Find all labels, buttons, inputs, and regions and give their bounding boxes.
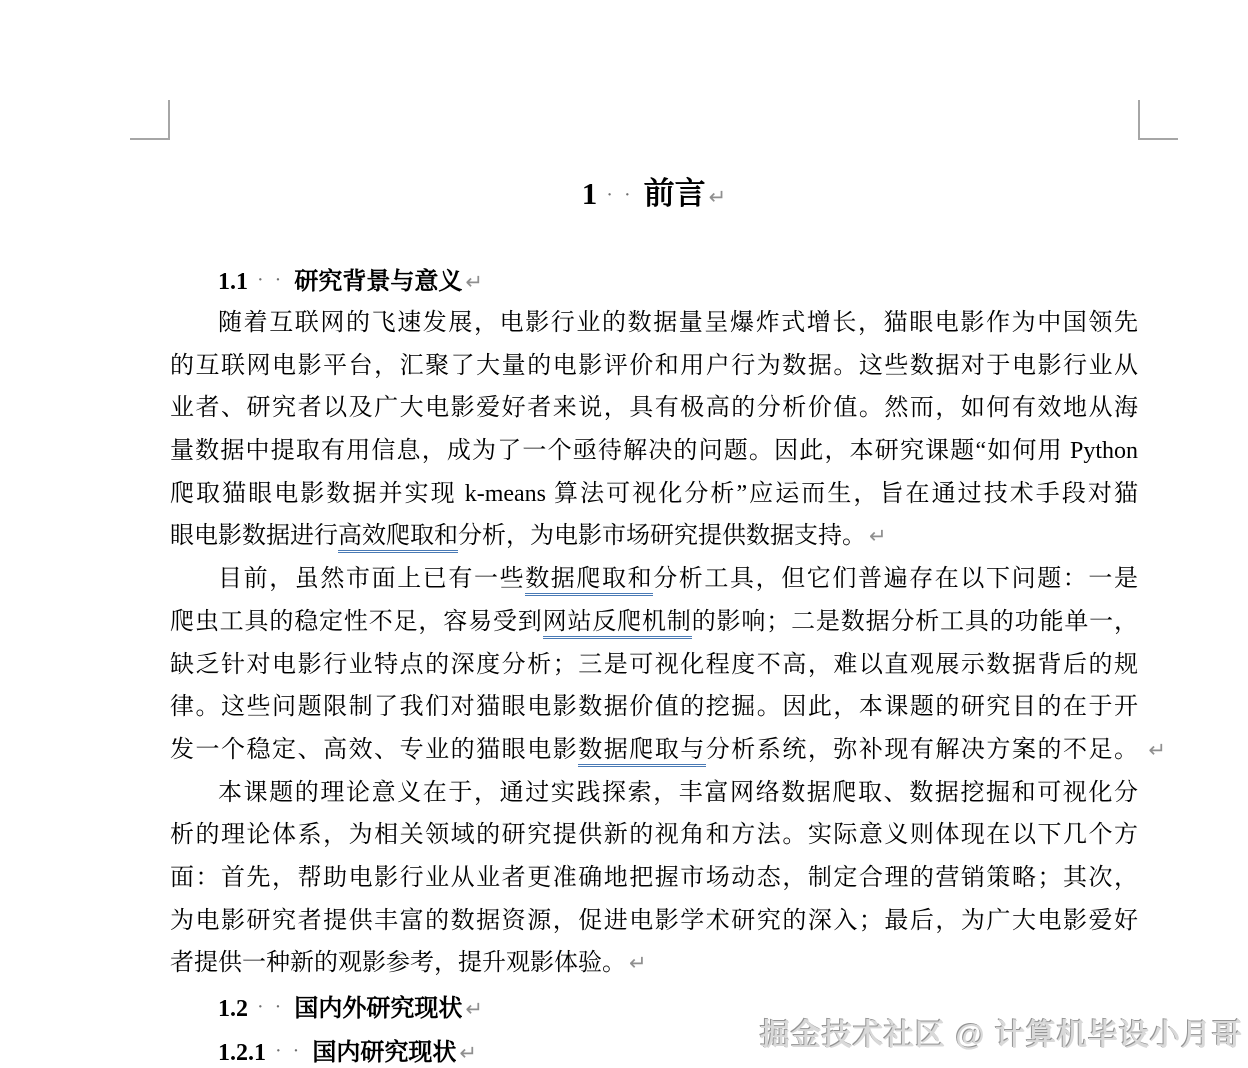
grammar-underlined-text: 高效爬取和: [338, 523, 458, 553]
text-run: 者提供一种新的观影参考，提升观影体验。: [170, 950, 626, 976]
text-line: 面：首先，帮助电影行业从业者更准确地把握市场动态，制定合理的营销策略；其次，: [170, 857, 1138, 900]
space-marks: ··: [257, 269, 292, 291]
text-run: 发一个稳定、高效、专业的猫眼电影: [170, 737, 578, 763]
section-heading-text: 国内外研究现状: [294, 996, 462, 1022]
section-heading-text: 国内研究现状: [312, 1040, 456, 1066]
text-run: 缺乏针对电影行业特点的深度分析；三是可视化程度不高，难以直观展示数据背后的规: [170, 652, 1138, 678]
section-number: 1.2: [218, 996, 248, 1022]
text-run: 的互联网电影平台，汇聚了大量的电影评价和用户行为数据。这些数据对于电影行业从: [170, 353, 1138, 379]
text-line: 缺乏针对电影行业特点的深度分析；三是可视化程度不高，难以直观展示数据背后的规: [170, 644, 1138, 687]
paragraph-mark: ↵: [869, 524, 887, 548]
margin-corner-top-right: [1138, 100, 1178, 140]
watermark: 掘金技术社区 @ 计算机毕设小月哥: [760, 1010, 1243, 1054]
space-marks: ··: [606, 184, 641, 206]
chapter-title-text: 前言: [644, 176, 706, 211]
grammar-underlined-text: 网站反爬机制: [543, 609, 692, 639]
paragraph-mark: ↵: [629, 951, 647, 975]
text-line: 量数据中提取有用信息，成为了一个亟待解决的问题。因此，本研究课题“如何用 Pyt…: [170, 430, 1138, 473]
text-run: 眼电影数据进行: [170, 523, 338, 549]
text-line: 爬虫工具的稳定性不足，容易受到网站反爬机制的影响；二是数据分析工具的功能单一，: [170, 601, 1138, 644]
paragraph-problems: 目前，虽然市面上已有一些数据爬取和分析工具，但它们普遍存在以下问题：一是爬虫工具…: [170, 558, 1138, 771]
text-line: 析的理论体系，为相关领域的研究提供新的视角和方法。实际意义则体现在以下几个方: [170, 814, 1138, 857]
text-run: 为电影研究者提供丰富的数据资源，促进电影学术研究的深入；最后，为广大电影爱好: [170, 908, 1138, 934]
paragraph-mark: ↵: [709, 185, 727, 209]
text-line: 者提供一种新的观影参考，提升观影体验。↵: [170, 942, 1138, 985]
grammar-underlined-text: 数据爬取和: [525, 566, 653, 596]
text-run: 析的理论体系，为相关领域的研究提供新的视角和方法。实际意义则体现在以下几个方: [170, 822, 1138, 848]
text-line: 目前，虽然市面上已有一些数据爬取和分析工具，但它们普遍存在以下问题：一是: [170, 558, 1138, 601]
section-number: 1.1: [218, 269, 248, 295]
section-heading-text: 研究背景与意义: [294, 269, 462, 295]
paragraph-mark: ↵: [1148, 729, 1166, 772]
chapter-number: 1: [582, 176, 598, 211]
text-run: 面：首先，帮助电影行业从业者更准确地把握市场动态，制定合理的营销策略；其次，: [170, 865, 1138, 891]
margin-corner-top-left: [130, 100, 170, 140]
text-line: 眼电影数据进行高效爬取和分析，为电影市场研究提供数据支持。↵: [170, 515, 1138, 558]
text-run: 本课题的理论意义在于，通过实践探索，丰富网络数据爬取、数据挖掘和可视化分: [218, 780, 1138, 806]
text-line: 业者、研究者以及广大电影爱好者来说，具有极高的分析价值。然而，如何有效地从海: [170, 387, 1138, 430]
text-run: 分析系统，弥补现有解决方案的不足。: [706, 737, 1138, 763]
text-run: 分析，为电影市场研究提供数据支持。: [458, 523, 866, 549]
paragraph-significance: 本课题的理论意义在于，通过实践探索，丰富网络数据爬取、数据挖掘和可视化分析的理论…: [170, 772, 1138, 985]
text-run: 律。这些问题限制了我们对猫眼电影数据价值的挖掘。因此，本课题的研究目的在于开: [170, 694, 1138, 720]
text-line: 爬取猫眼电影数据并实现 k-means 算法可视化分析”应运而生，旨在通过技术手…: [170, 473, 1138, 516]
text-run: 随着互联网的飞速发展，电影行业的数据量呈爆炸式增长，猫眼电影作为中国领先: [218, 310, 1138, 336]
section-heading-1-1: 1.1··研究背景与意义↵: [170, 258, 1138, 302]
text-line: 为电影研究者提供丰富的数据资源，促进电影学术研究的深入；最后，为广大电影爱好: [170, 900, 1138, 943]
section-number: 1.2.1: [218, 1040, 266, 1066]
text-line: 律。这些问题限制了我们对猫眼电影数据价值的挖掘。因此，本课题的研究目的在于开: [170, 686, 1138, 729]
paragraph-mark: ↵: [465, 997, 483, 1021]
word-document-page: 1··前言↵ 1.1··研究背景与意义↵ 随着互联网的飞速发展，电影行业的数据量…: [0, 0, 1248, 1068]
grammar-underlined-text: 数据爬取与: [578, 737, 706, 767]
paragraph-mark: ↵: [465, 270, 483, 294]
text-line: 发一个稳定、高效、专业的猫眼电影数据爬取与分析系统，弥补现有解决方案的不足。↵: [170, 729, 1138, 772]
text-run: 分析工具，但它们普遍存在以下问题：一是: [653, 566, 1138, 592]
text-line: 本课题的理论意义在于，通过实践探索，丰富网络数据爬取、数据挖掘和可视化分: [170, 772, 1138, 815]
space-marks: ··: [257, 996, 292, 1018]
text-run: 爬虫工具的稳定性不足，容易受到: [170, 609, 543, 635]
paragraph-background: 随着互联网的飞速发展，电影行业的数据量呈爆炸式增长，猫眼电影作为中国领先的互联网…: [170, 302, 1138, 558]
chapter-title: 1··前言↵: [170, 172, 1138, 216]
text-line: 的互联网电影平台，汇聚了大量的电影评价和用户行为数据。这些数据对于电影行业从: [170, 345, 1138, 388]
paragraph-mark: ↵: [459, 1041, 477, 1065]
text-run: 量数据中提取有用信息，成为了一个亟待解决的问题。因此，本研究课题“如何用 Pyt…: [170, 438, 1138, 464]
text-line: 随着互联网的飞速发展，电影行业的数据量呈爆炸式增长，猫眼电影作为中国领先: [170, 302, 1138, 345]
text-run: 爬取猫眼电影数据并实现 k-means 算法可视化分析”应运而生，旨在通过技术手…: [170, 481, 1138, 507]
text-run: 业者、研究者以及广大电影爱好者来说，具有极高的分析价值。然而，如何有效地从海: [170, 395, 1138, 421]
text-run: 目前，虽然市面上已有一些: [218, 566, 525, 592]
document-body: 1··前言↵ 1.1··研究背景与意义↵ 随着互联网的飞速发展，电影行业的数据量…: [170, 172, 1138, 1068]
space-marks: ··: [275, 1040, 310, 1062]
text-run: 的影响；二是数据分析工具的功能单一，: [692, 609, 1138, 635]
